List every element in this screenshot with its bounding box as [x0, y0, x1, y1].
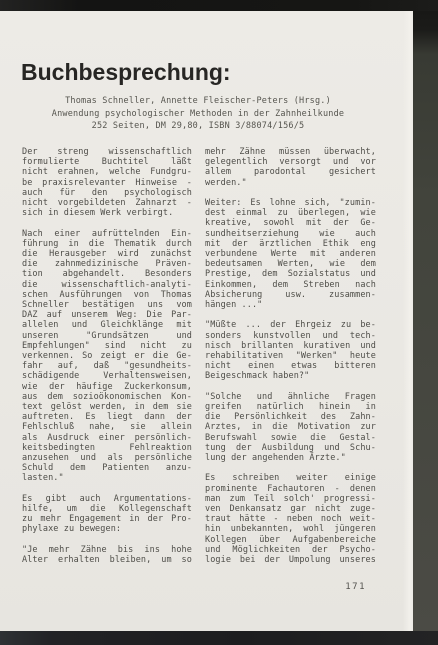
text-line: nicht vorgebildeten Zahnarzt - [22, 198, 192, 208]
text-line: auch für den psychologisch [22, 188, 192, 198]
text-line: "Müßte ... der Ehrgeiz zu be- [205, 320, 376, 330]
text-line: Fehlschluß nahe, sie allein [22, 422, 192, 432]
text-line: schädigende Verhaltensweisen, [22, 371, 192, 381]
text-line: Prestige, dem Sozialstatus und [205, 269, 376, 279]
paragraph: mehr Zähne müssen überwacht,gelegentlich… [205, 147, 376, 188]
text-line: Arztes, in die Motivation zur [205, 422, 376, 432]
text-line: werden." [205, 178, 376, 188]
text-line: Es gibt auch Argumentations- [22, 494, 192, 504]
text-line: tion abgehandelt. Besonders [22, 269, 192, 279]
text-line: zu mehr Engagement in der Pro- [22, 514, 192, 524]
text-line: Kollegen über Aufgabenbereiche [205, 535, 376, 545]
text-line: text gelöst werden, in dem sie [22, 402, 192, 412]
text-line: als Ausdruck einer persönlich- [22, 433, 192, 443]
text-line: hin unbekannten, wohl jüngeren [205, 524, 376, 534]
text-column-right: mehr Zähne müssen überwacht,gelegentlich… [205, 147, 376, 565]
text-line: greifen natürlich hinein in [205, 402, 376, 412]
text-line: kreative, sowohl mit der Ge- [205, 218, 376, 228]
text-line: auftreten. Es liegt dann der [22, 412, 192, 422]
citation-authors: Thomas Schneller, Annette Fleischer-Pete… [20, 95, 376, 108]
text-line: die wissenschaftlich-analyti- [22, 280, 192, 290]
text-line: unseren "Grundsätzen und [22, 331, 192, 341]
text-line: gelegentlich versorgt und vor [205, 157, 376, 167]
scan-top-bar [0, 0, 438, 11]
text-line: formulierte Buchtitel läßt [22, 157, 192, 167]
text-line: Beigeschmack haben?" [205, 371, 376, 381]
text-line: aus dem sozioökonomischen Kon- [22, 392, 192, 402]
text-line: keitsbedingten Fehlreaktion [22, 443, 192, 453]
text-line: phylaxe zu bewegen: [22, 524, 192, 534]
text-line: nicht einen etwas bitteren [205, 361, 376, 371]
text-line: schen Ausführungen von Thomas [22, 290, 192, 300]
text-line: bedeutsamen Werten, wie dem [205, 259, 376, 269]
citation-book-title: Anwendung psychologischer Methoden in de… [20, 108, 376, 121]
text-line: Empfehlungen" sind nicht zu [22, 341, 192, 351]
paragraph: "Solche und ähnliche Fragengreifen natür… [205, 392, 376, 463]
citation-details: 252 Seiten, DM 29,80, ISBN 3/88074/156/5 [20, 120, 376, 133]
text-line: die Persönlichkeit des Zahn- [205, 412, 376, 422]
text-line: allelen und Gleichklänge mit [22, 320, 192, 330]
text-line: sich in diesem Werk verbirgt. [22, 208, 192, 218]
text-line: nicht erahnen, welche Fundgru- [22, 167, 192, 177]
text-column-left: Der streng wissenschaftlichformulierte B… [22, 147, 192, 565]
paragraph: Der streng wissenschaftlichformulierte B… [22, 147, 192, 218]
text-line: tung der Ausbildung und Schu- [205, 443, 376, 453]
paragraph: Nach einer aufrüttelnden Ein-führung in … [22, 229, 192, 484]
page-title: Buchbesprechung: [21, 59, 231, 86]
text-line: Es schreiben weiter einige [205, 473, 376, 483]
text-line: hilfe, um die Kollegenschaft [22, 504, 192, 514]
paragraph: Weiter: Es lohne sich, "zumin-dest einma… [205, 198, 376, 310]
text-line: lung der angehenden Ärzte." [205, 453, 376, 463]
text-line: sundheitserziehung wie auch [205, 229, 376, 239]
text-line: man zum Teil solch' progressi- [205, 494, 376, 504]
text-line: Einkommen, dem Streben nach [205, 280, 376, 290]
paragraph: Es gibt auch Argumentations-hilfe, um di… [22, 494, 192, 535]
text-line: "Solche und ähnliche Fragen [205, 392, 376, 402]
text-line: die Herausgeber wird zunächst [22, 249, 192, 259]
text-line: nisch brillanten kurativen und [205, 341, 376, 351]
page-number: 171 [205, 582, 366, 592]
scan-bottom-bar [0, 631, 438, 645]
text-line: be praxisrelevanter Hinweise - [22, 178, 192, 188]
page-edge-highlight [403, 11, 413, 631]
text-line: ven Denkansatz gar nicht zuge- [205, 504, 376, 514]
paragraph: "Je mehr Zähne bis ins hoheAlter erhalte… [22, 545, 192, 565]
text-line: allem parodontal gesichert [205, 167, 376, 177]
paragraph: Es schreiben weiter einigeprominente Fac… [205, 473, 376, 565]
text-line: logie bei der Umpolung unseres [205, 555, 376, 565]
text-line: mehr Zähne müssen überwacht, [205, 147, 376, 157]
text-line: Weiter: Es lohne sich, "zumin- [205, 198, 376, 208]
text-line: Alter erhalten bleiben, um so [22, 555, 192, 565]
text-line: fahr auf, daß "gesundheits- [22, 361, 192, 371]
text-line: mit der ärztlichen Ethik eng [205, 239, 376, 249]
paragraph: "Müßte ... der Ehrgeiz zu be-sonders kun… [205, 320, 376, 381]
text-line: dest einmal zu überlegen, wie [205, 208, 376, 218]
text-line: anzusehen und als persönliche [22, 453, 192, 463]
text-line: Schneller bestätigen uns vom [22, 300, 192, 310]
text-line: Berufswahl sowie die Gestal- [205, 433, 376, 443]
text-line: DAZ auf unserem Weg: Die Par- [22, 310, 192, 320]
text-line: Absicherung usw. zusammen- [205, 290, 376, 300]
text-line: "Je mehr Zähne bis ins hohe [22, 545, 192, 555]
scanned-book-review-page: { "header": { "title": "Buchbesprechung:… [0, 0, 438, 645]
text-line: die zahnmedizinische Präven- [22, 259, 192, 269]
page-edge-shadow-strip [413, 11, 438, 631]
text-line: und Möglichkeiten der Psycho- [205, 545, 376, 555]
text-line: sonders kunstvollen und tech- [205, 331, 376, 341]
text-line: hängen ..." [205, 300, 376, 310]
text-line: Der streng wissenschaftlich [22, 147, 192, 157]
text-line: rehabilitativen "Werken" heute [205, 351, 376, 361]
text-line: prominente Fachautoren - denen [205, 484, 376, 494]
text-line: lasten." [22, 473, 192, 483]
text-line: Nach einer aufrüttelnden Ein- [22, 229, 192, 239]
book-citation: Thomas Schneller, Annette Fleischer-Pete… [20, 95, 376, 133]
text-line: verkennen. So zeigt er die Ge- [22, 351, 192, 361]
text-line: verbundene Werte mit anderen [205, 249, 376, 259]
text-line: Schuld dem Patienten anzu- [22, 463, 192, 473]
text-line: führung in die Thematik durch [22, 239, 192, 249]
text-line: wie der häufige Zuckerkonsum, [22, 382, 192, 392]
text-line: traut hätte - neben noch weit- [205, 514, 376, 524]
